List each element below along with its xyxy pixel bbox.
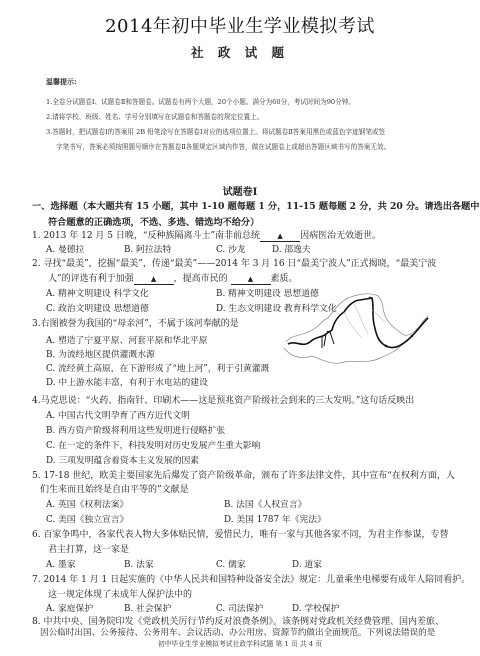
question-text: 人”的评选有利于加强: [48, 274, 134, 284]
question-text: 2013 年 12 月 5 日晚，“反种族隔离斗士”南非前总统: [43, 231, 260, 241]
question-7: 7. 2014 年 1 月 1 日起实施的《中华人民共和国特种设备安全法》规定：…: [32, 572, 470, 585]
question-5: 5. 17-18 世纪，欧美主要国家先后爆发了资产阶级革命，颁布了许多法律文件，…: [32, 468, 455, 481]
question-text: ，提高市民的: [174, 274, 228, 284]
option-c: C. 政治文明建设 思想道德: [46, 301, 149, 314]
question-text: 寻找“最美”，挖掘“最美”，传递“最美”——2014 年 3 月 16 日“最美…: [43, 259, 436, 269]
option-c: C. 流经黄土高原，在下游形成了“地上河”，利于引黄灌溉: [46, 361, 269, 374]
question-4: 4.马克思说：“火药、指南针、印刷术——这是预兆资产阶级社会到来的三大发明。”这…: [32, 393, 414, 406]
river-map-icon: [282, 290, 432, 368]
question-8-cont: 因公临时出国、公务接待、公务用车、会议活动、办公用房、资源节约做出全面规范。下列…: [40, 626, 435, 638]
option-b: B. 法家: [124, 557, 154, 570]
exam-subtitle: 社 政 试 题: [0, 43, 480, 61]
option-b: B. 社会保护: [124, 601, 171, 614]
question-2: 2. 寻找“最美”，挖掘“最美”，传递“最美”——2014 年 3 月 16 日…: [32, 256, 436, 269]
answer-blank: ▲: [134, 275, 174, 285]
question-5-cont: 们生来而且始终是自由平等的”文献是: [40, 482, 189, 495]
option-c: C. 沙龙: [216, 242, 246, 255]
option-a: A. 墨家: [46, 557, 76, 570]
question-1: 1. 2013 年 12 月 5 日晚，“反种族隔离斗士”南非前总统▲因病医治无…: [32, 228, 381, 242]
option-d: D. 道家: [292, 557, 322, 570]
option-c: C. 美国《独立宣言》: [46, 512, 128, 525]
option-a: A. 家庭保护: [46, 601, 93, 614]
tip-item-2: 2.请将学校、班级、姓名、学号分别填写在试题卷和答题卷的规定位置上。: [46, 111, 263, 121]
question-text: 百家争鸣中，各家代表人物大多体贴民情，爱惜民力，唯有一家与其他各家不同，为君主作…: [43, 530, 448, 540]
tips-heading: 温馨提示:: [46, 77, 77, 87]
question-number: 2.: [32, 259, 41, 269]
question-text: 2014 年 1 月 1 日起实施的《中华人民共和国特种设备安全法》规定：儿童乘…: [43, 575, 470, 585]
question-number: 6.: [32, 530, 41, 540]
option-d: D. 美国 1787 年《宪法》: [224, 512, 326, 525]
question-text: 素质。: [271, 274, 298, 284]
yellow-river-map: [282, 290, 432, 368]
tip-item-3: 3.答题时，把试题卷Ⅰ的答案用 2B 铅笔涂写在答题卷Ⅰ对应的选项位置上。将试题…: [46, 126, 385, 136]
question-7-cont: 这一规定体现了未成年人保护法中的: [48, 587, 192, 600]
option-a: A. 塑造了宁夏平原、河套平原和华北平原: [46, 333, 208, 346]
option-c: C. 儒家: [216, 557, 246, 570]
section-instructions-cont: 符合题意的正确选项，不选、多选、错选均不给分）: [48, 214, 259, 228]
tip-item-3-cont: 字笔书写，答案必须按照题号顺序在答题卷Ⅱ各题规定区域内作答，做在试题卷上或超出答…: [56, 141, 390, 151]
option-b: B. 西方资产阶级将利用这些发明进行侵略扩张: [46, 423, 225, 436]
option-d: D. 邵逸夫: [272, 242, 311, 255]
question-number: 3.: [32, 319, 41, 329]
question-number: 5.: [32, 471, 41, 481]
option-b: B. 为流经地区提供灌溉水源: [46, 347, 155, 360]
option-d: D. 学校保护: [292, 601, 340, 614]
option-a: A. 曼德拉: [46, 242, 84, 255]
question-text: 17-18 世纪，欧美主要国家先后爆发了资产阶级革命，颁布了许多法律文件，其中宣…: [43, 471, 454, 481]
question-number: 4.: [32, 396, 41, 406]
option-a: A. 中国古代文明孕育了西方近代文明: [46, 408, 190, 421]
answer-blank: ▲: [260, 232, 300, 242]
section-title: 试题卷Ⅰ: [0, 183, 480, 198]
option-c: C. 在一定的条件下，科技发明对历史发展产生重大影响: [46, 438, 260, 451]
option-d: D. 三项发明蕴含着资本主义发展的因素: [46, 453, 199, 466]
question-3: 3.右图被誉为我国的“母亲河”，不属于该河奉献的是: [32, 316, 239, 329]
question-text: 右图被誉为我国的“母亲河”，不属于该河奉献的是: [41, 319, 239, 329]
question-text: 因病医治无效逝世。: [300, 231, 381, 241]
question-number: 7.: [32, 575, 41, 585]
option-d: D. 中上游水能丰富，有利于水电站的建设: [46, 375, 208, 388]
question-2-cont: 人”的评选有利于加强▲，提高市民的 ▲素质。: [48, 271, 298, 285]
option-b: B. 阿拉法特: [124, 242, 171, 255]
option-a: A. 英国《权利法案》: [46, 497, 128, 510]
exam-title: 2014年初中毕业生学业模拟考试: [0, 12, 480, 38]
option-b: B. 法国《人权宣言》: [224, 497, 306, 510]
question-number: 1.: [32, 231, 41, 241]
question-6-cont: 君主打算，这一家是: [48, 542, 129, 555]
option-c: C. 司法保护: [216, 601, 263, 614]
answer-blank: ▲: [231, 275, 271, 285]
section-instructions: 一、选择题（本大题共有 15 小题，其中 1-10 题每题 1 分，11-15 …: [32, 198, 480, 212]
question-6: 6. 百家争鸣中，各家代表人物大多体贴民情，爱惜民力，唯有一家与其他各家不同，为…: [32, 527, 448, 540]
page-footer: 初中毕业生学业模拟考试社政学科试题 第 1 页 共 4 页: [0, 638, 480, 648]
tip-item-1: 1.全卷分试题卷Ⅰ、试题卷Ⅱ和答题卷。试题卷有两个大题，20个小题。满分为60分…: [46, 96, 355, 106]
question-text: 马克思说：“火药、指南针、印刷术——这是预兆资产阶级社会到来的三大发明。”这句话…: [41, 396, 415, 406]
option-a: A. 精神文明建设 科学文化: [46, 286, 149, 299]
